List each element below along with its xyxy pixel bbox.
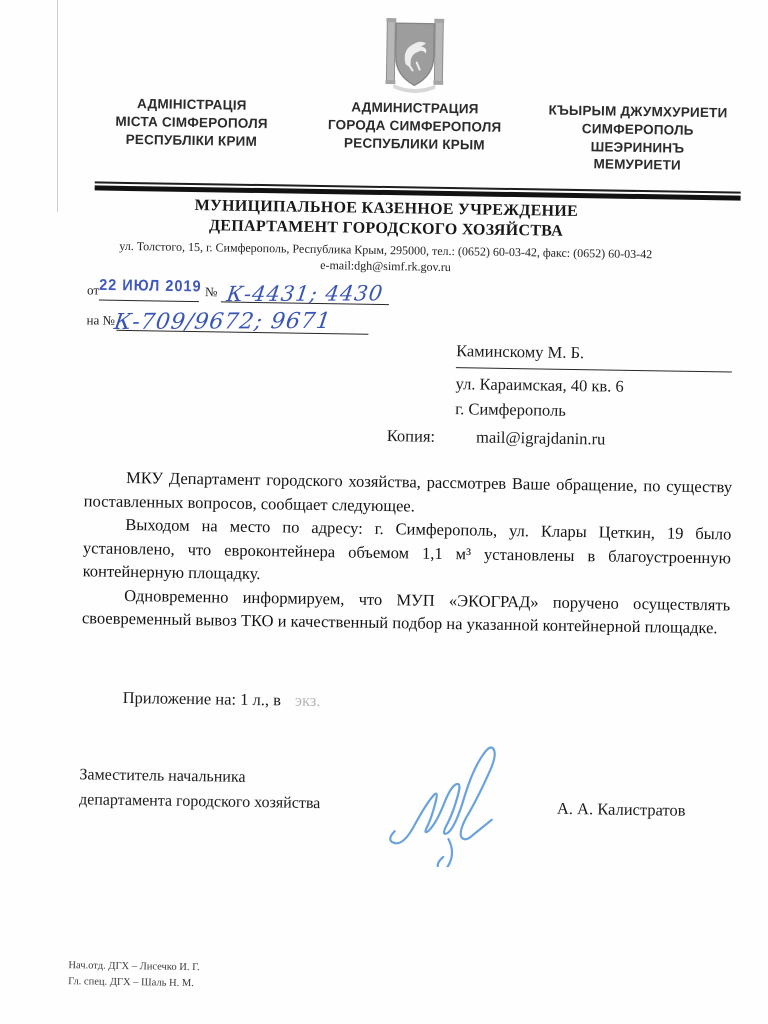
recipient-block: Каминскому М. Б. ул. Караимская, 40 кв. …: [455, 339, 732, 426]
attachment-line: Приложение на: 1 л., вэкз.: [123, 688, 321, 711]
body-paragraph-3: Одновременно информируем, что МУП «ЭКОГР…: [82, 583, 731, 640]
executor-line1: Нач.отд. ДГХ – Лисечко И. Г.: [68, 958, 199, 976]
scanned-letter-page: АДМІНІСТРАЦІЯ МІСТА СІМФЕРОПОЛЯ РЕСПУБЛІ…: [0, 0, 768, 1024]
date-stamp: 22 ИЮЛ 2019: [99, 277, 202, 296]
attachment-visible-text: Приложение на: 1 л., в: [123, 688, 282, 709]
outgoing-ref-row: от 22 ИЮЛ 2019 № К-4431; 4430: [87, 275, 417, 305]
recipient-city: г. Симферополь: [455, 397, 731, 426]
body-paragraph-2: Выходом на место по адресу: г. Симферопо…: [82, 512, 731, 593]
org-ct-line1: КЪЫРЫМ ДЖУМХУРИЕТИ: [528, 101, 748, 122]
incoming-ref-row: на № К-709/9672; 9671: [86, 303, 416, 335]
copy-email: mail@igrajdanin.ru: [476, 427, 606, 449]
org-name-russian: АДМИНИСТРАЦИЯ ГОРОДА СИМФЕРОПОЛЯ РЕСПУБЛ…: [304, 98, 525, 155]
signer-position-line2: департамента городского хозяйства: [79, 788, 321, 817]
number-label: №: [205, 284, 218, 302]
org-ru-line3: РЕСПУБЛИКИ КРЫМ: [304, 133, 524, 154]
from-label: от: [87, 282, 99, 300]
recipient-name: Каминскому М. Б.: [456, 339, 732, 371]
reply-label: на №: [86, 312, 115, 330]
executors-footer: Нач.отд. ДГХ – Лисечко И. Г. Гл. спец. Д…: [68, 958, 200, 993]
executor-line2: Гл. спец. ДГХ – Шаль Н. М.: [68, 974, 199, 992]
outgoing-number-field: К-4431; 4430: [221, 277, 389, 305]
org-ru-line2: ГОРОДА СИМФЕРОПОЛЯ: [305, 116, 525, 137]
copy-label: Копия:: [387, 426, 436, 447]
signer-name: А. А. Калистратов: [557, 799, 686, 821]
attachment-faded-text: экз.: [295, 691, 321, 710]
recipient-address: ул. Караимская, 40 кв. 6: [455, 372, 731, 401]
letter-body: МКУ Департамент городского хозяйства, ра…: [82, 465, 733, 640]
signer-position-line1: Заместитель начальника: [79, 763, 321, 792]
organization-block: МУНИЦИПАЛЬНОЕ КАЗЕННОЕ УЧРЕЖДЕНИЕ ДЕПАРТ…: [1, 193, 768, 280]
date-stamp-field: 22 ИЮЛ 2019: [99, 278, 199, 303]
reference-block: от 22 ИЮЛ 2019 № К-4431; 4430 на № К-709…: [86, 275, 417, 335]
org-ct-line4: МЕМУРИЕТИ: [527, 155, 747, 176]
pen-signature-icon: [384, 738, 534, 868]
org-name-ukrainian: АДМІНІСТРАЦІЯ МІСТА СІМФЕРОПОЛЯ РЕСПУБЛІ…: [81, 94, 302, 151]
org-ua-line2: МІСТА СІМФЕРОПОЛЯ: [82, 112, 302, 133]
org-ua-line3: РЕСПУБЛІКИ КРИМ: [81, 130, 301, 151]
copy-row: Копия: mail@igrajdanin.ru: [387, 426, 606, 449]
incoming-number-handwritten: К-709/9672; 9671: [113, 309, 333, 335]
incoming-number-field: К-709/9672; 9671: [117, 304, 369, 335]
org-name-crimean-tatar: КЪЫРЫМ ДЖУМХУРИЕТИ СИМФЕРОПОЛЬ ШЕЭРИНИНЪ…: [527, 101, 748, 176]
document-content: АДМІНІСТРАЦІЯ МІСТА СІМФЕРОПОЛЯ РЕСПУБЛІ…: [0, 0, 768, 1024]
letterhead-org-names: АДМІНІСТРАЦІЯ МІСТА СІМФЕРОПОЛЯ РЕСПУБЛІ…: [81, 94, 748, 176]
signer-position: Заместитель начальника департамента горо…: [79, 763, 321, 816]
crimea-coat-of-arms-icon: [385, 12, 444, 95]
outgoing-number-handwritten: К-4431; 4430: [226, 281, 386, 306]
